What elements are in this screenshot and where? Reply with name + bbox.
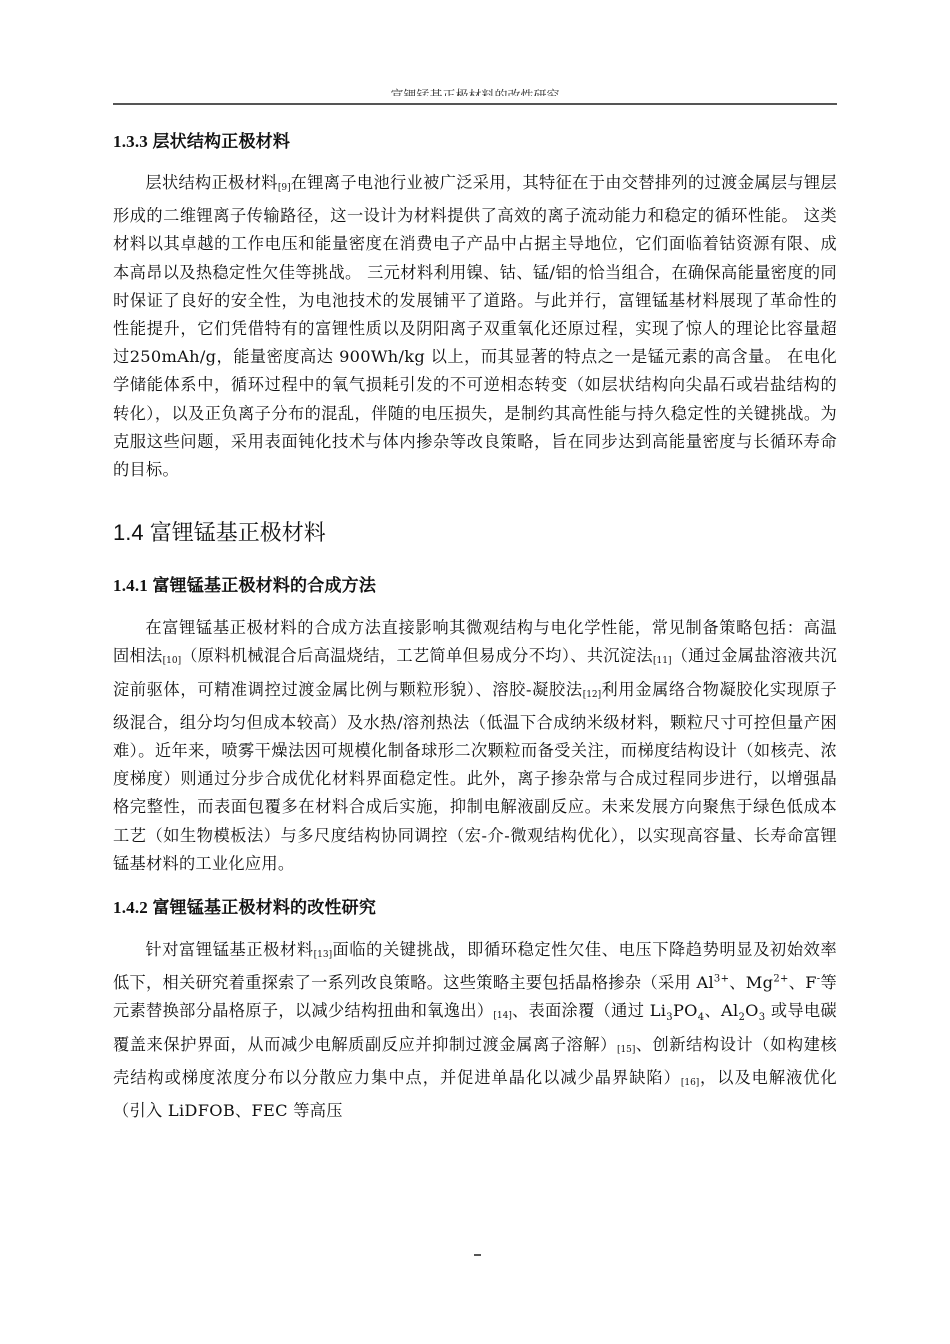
text-run: 、表面涂覆（通过 Li (512, 1001, 666, 1020)
subscript-count: 3 (666, 1013, 673, 1024)
text-run: PO (673, 1001, 698, 1020)
citation-12: [12] (583, 690, 601, 700)
text-run: O (745, 1001, 759, 1020)
heading-1-3-3: 1.3.3 层状结构正极材料 (113, 128, 837, 156)
superscript-charge: 3+ (714, 974, 729, 985)
heading-1-4-2: 1.4.2 富锂锰基正极材料的改性研究 (113, 894, 837, 922)
citation-9: [9] (278, 183, 291, 193)
heading-1-4-1: 1.4.1 富锂锰基正极材料的合成方法 (113, 572, 837, 600)
superscript-charge: 2+ (773, 974, 788, 985)
text-run: 在锂离子电池行业被广泛采用，其特征在于由交替排列的过渡金属层与锂层形成的二维锂离… (113, 173, 837, 479)
page-number-mark (474, 1254, 481, 1256)
text-run: 针对富锂锰基正极材料 (145, 940, 313, 959)
citation-14: [14] (493, 1011, 511, 1021)
citation-15: [15] (617, 1045, 635, 1055)
paragraph-modification-research: 针对富锂锰基正极材料[13]面临的关键挑战，即循环稳定性欠佳、电压下降趋势明显及… (113, 936, 837, 1125)
citation-10: [10] (163, 656, 181, 666)
page-content: 1.3.3 层状结构正极材料 层状结构正极材料[9]在锂离子电池行业被广泛采用，… (113, 128, 837, 1125)
text-run: （原料机械混合后高温烧结，工艺简单但易成分不均）、共沉淀法 (181, 646, 653, 665)
paragraph-layered-cathode: 层状结构正极材料[9]在锂离子电池行业被广泛采用，其特征在于由交替排列的过渡金属… (113, 169, 837, 484)
paragraph-synthesis-methods: 在富锂锰基正极材料的合成方法直接影响其微观结构与电化学性能，常见制备策略包括：高… (113, 614, 837, 878)
heading-1-4: 1.4 富锂锰基正极材料 (113, 516, 837, 550)
text-run: 、Mg (729, 973, 773, 992)
text-run: 、Al (704, 1001, 738, 1020)
text-run: 、F (789, 973, 817, 992)
text-run: 层状结构正极材料 (145, 173, 277, 192)
running-header: 富锂锰基正极材料的改性研究 (113, 78, 837, 96)
header-rule (113, 103, 837, 105)
document-page: 富锂锰基正极材料的改性研究 1.3.3 层状结构正极材料 层状结构正极材料[9]… (0, 0, 950, 1344)
text-run: 利用金属络合物凝胶化实现原子级混合，组分均匀但成本较高）及水热/溶剂热法（低温下… (113, 680, 837, 873)
citation-11: [11] (653, 656, 671, 666)
citation-13: [13] (314, 950, 332, 960)
citation-16: [16] (681, 1078, 699, 1088)
running-header-text: 富锂锰基正极材料的改性研究 (390, 85, 559, 96)
